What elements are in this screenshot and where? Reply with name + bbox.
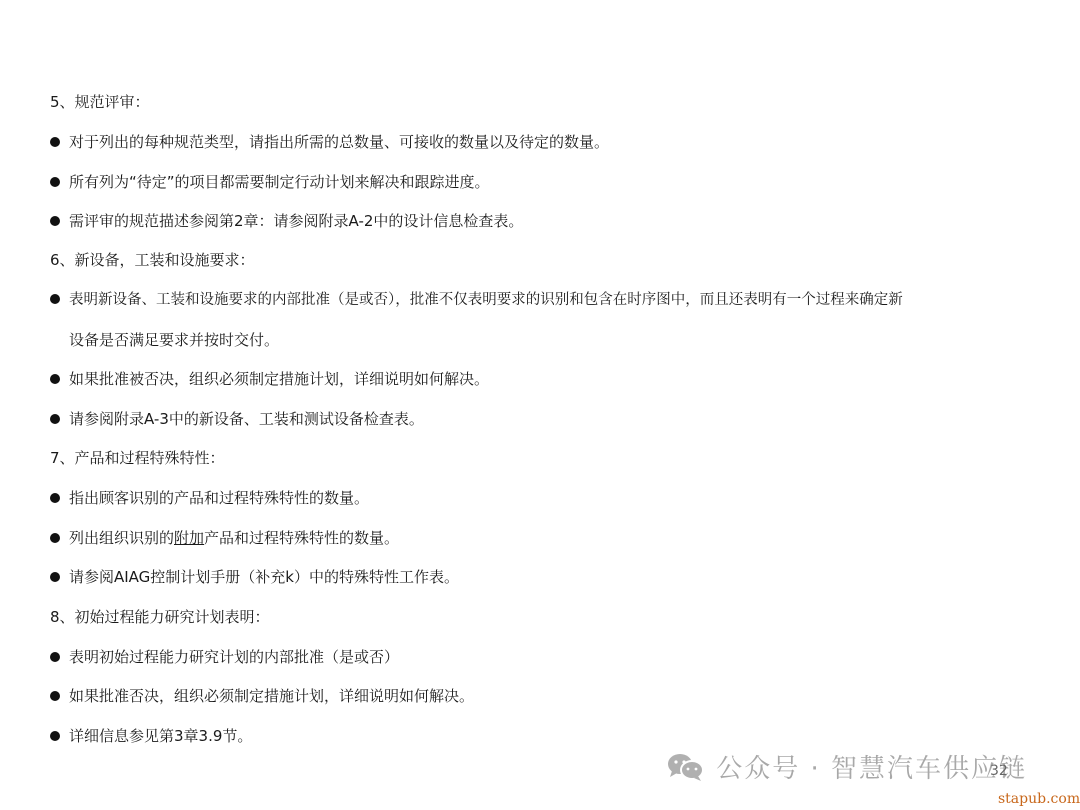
bullet-item: 表明新设备、工装和设施要求的内部批准（是或否），批准不仅表明要求的识别和包含在时… (50, 290, 903, 310)
bullet-item: 请参阅AIAG控制计划手册（补充k）中的特殊特性工作表。 (50, 567, 459, 587)
bullet-dot-icon (50, 652, 60, 662)
site-watermark: stapub.com (998, 791, 1080, 807)
heading-section-5: 5、规范评审： (50, 92, 150, 112)
heading-section-7: 7、产品和过程特殊特性： (50, 448, 225, 468)
bullet-item: 所有列为“待定”的项目都需要制定行动计划来解决和跟踪进度。 (50, 172, 490, 192)
bullet-dot-icon (50, 294, 60, 304)
bullet-item: 详细信息参见第3章3.9节。 (50, 726, 252, 746)
bullet-dot-icon (50, 137, 60, 147)
heading-section-8: 8、初始过程能力研究计划表明： (50, 607, 270, 627)
bullet-item: 指出顾客识别的产品和过程特殊特性的数量。 (50, 488, 369, 508)
bullet-item: 请参阅附录A-3中的新设备、工装和测试设备检查表。 (50, 409, 424, 429)
watermark: 公众号 · 智慧汽车供应链 (666, 748, 1027, 785)
bullet-dot-icon (50, 691, 60, 701)
bullet-item: 如果批准否决，组织必须制定措施计划，详细说明如何解决。 (50, 686, 474, 706)
bullet-item: 需评审的规范描述参阅第2章：请参阅附录A-2中的设计信息检查表。 (50, 211, 523, 231)
bullet-dot-icon (50, 216, 60, 226)
bullet-dot-icon (50, 533, 60, 543)
bullet-continuation: 设备是否满足要求并按时交付。 (69, 330, 279, 350)
bullet-dot-icon (50, 493, 60, 503)
bullet-dot-icon (50, 414, 60, 424)
bullet-dot-icon (50, 177, 60, 187)
underlined-term: 附加 (174, 529, 204, 547)
page-number: 32 (990, 763, 1008, 779)
bullet-dot-icon (50, 374, 60, 384)
bullet-item: 表明初始过程能力研究计划的内部批准（是或否） (50, 647, 399, 667)
bullet-item: 对于列出的每种规范类型，请指出所需的总数量、可接收的数量以及待定的数量。 (50, 132, 609, 152)
bullet-item: 如果批准被否决，组织必须制定措施计划，详细说明如何解决。 (50, 369, 489, 389)
watermark-text: 公众号 · 智慧汽车供应链 (716, 754, 1027, 784)
heading-section-6: 6、新设备，工装和设施要求： (50, 250, 255, 270)
bullet-dot-icon (50, 572, 60, 582)
bullet-item: 列出组织识别的附加产品和过程特殊特性的数量。 (50, 528, 399, 548)
bullet-dot-icon (50, 731, 60, 741)
wechat-icon (666, 752, 706, 782)
